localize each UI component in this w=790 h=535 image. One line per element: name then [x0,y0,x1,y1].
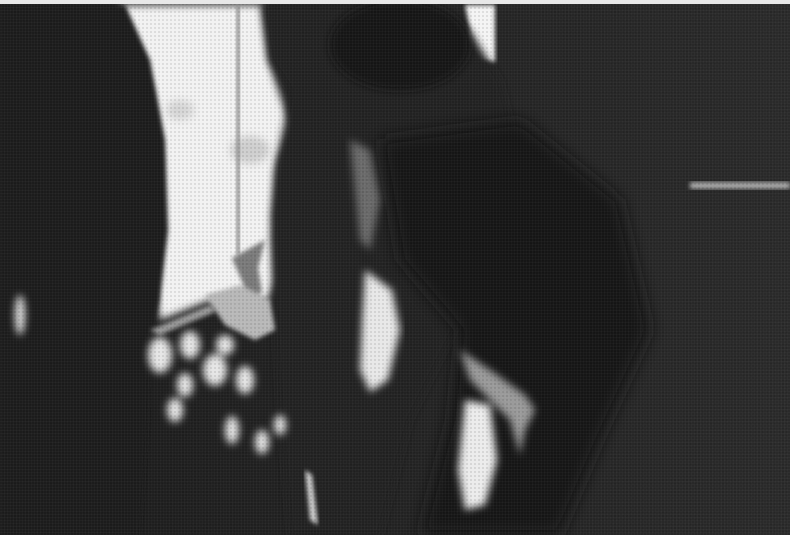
horizontal-streak [690,182,790,189]
photo-scene [0,0,790,535]
photograph [0,0,790,535]
left-figure [0,5,168,535]
photo-top-edge [0,0,790,4]
pole [236,5,240,255]
figure-head [330,0,470,90]
